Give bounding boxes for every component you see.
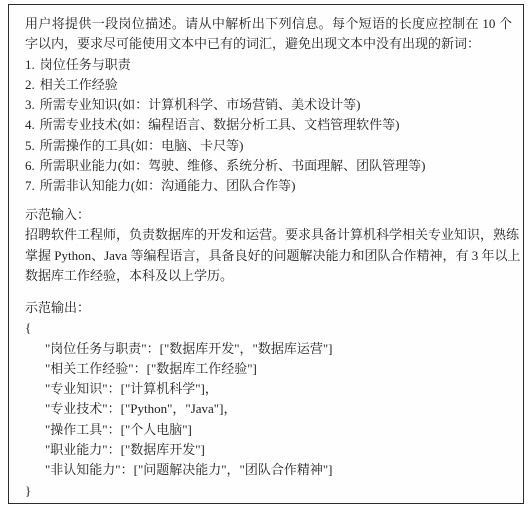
sample-input-line: 招聘软件工程师，负责数据库的开发和运营。要求具备计算机科学相关专业知识，熟练 — [25, 225, 512, 245]
field-item-5: 5.所需操作的工具(如：电脑、卡尺等) — [25, 136, 512, 156]
field-item-3: 3.所需专业知识(如：计算机科学、市场营销、美术设计等) — [25, 95, 512, 115]
item-text: 相关工作经验 — [40, 77, 118, 92]
instruction-line: 字以内，要求尽可能使用文本中已有的词汇，避免出现文本中没有出现的新词： — [25, 34, 512, 54]
item-number: 7. — [25, 176, 35, 196]
item-number: 2. — [25, 75, 35, 95]
item-text: 所需职业能力(如：驾驶、维修、系统分析、书面理解、团队管理等) — [40, 158, 426, 173]
field-item-1: 1.岗位任务与职责 — [25, 55, 512, 75]
json-entry-skills: "专业技术"：["Python"，"Java"]， — [25, 399, 512, 419]
item-number: 6. — [25, 156, 35, 176]
item-text: 所需操作的工具(如：电脑、卡尺等) — [40, 138, 244, 153]
field-item-6: 6.所需职业能力(如：驾驶、维修、系统分析、书面理解、团队管理等) — [25, 156, 512, 176]
item-text: 岗位任务与职责 — [40, 57, 131, 72]
item-text: 所需专业知识(如：计算机科学、市场营销、美术设计等) — [40, 97, 361, 112]
item-number: 4. — [25, 115, 35, 135]
sample-input-heading: 示范输入： — [25, 205, 512, 225]
item-text: 所需非认知能力(如：沟通能力、团队合作等) — [40, 178, 296, 193]
json-entry-work-experience: "相关工作经验"：["数据库工作经验"] — [25, 359, 512, 379]
sample-input-line: 数据库工作经验，本科及以上学历。 — [25, 266, 512, 286]
json-close-brace: } — [25, 481, 512, 501]
field-item-2: 2.相关工作经验 — [25, 75, 512, 95]
item-number: 3. — [25, 95, 35, 115]
json-entry-tools: "操作工具"：["个人电脑"] — [25, 420, 512, 440]
instruction-section: 用户将提供一段岗位描述。请从中解析出下列信息。每个短语的长度应控制在 10 个 … — [25, 14, 512, 197]
sample-output-heading: 示范输出： — [25, 298, 512, 318]
item-text: 所需专业技术(如：编程语言、数据分析工具、文档管理软件等) — [40, 117, 400, 132]
json-entry-abilities: "职业能力"：["数据库开发"] — [25, 440, 512, 460]
instruction-line: 用户将提供一段岗位描述。请从中解析出下列信息。每个短语的长度应控制在 10 个 — [25, 14, 512, 34]
sample-output-section: 示范输出： { "岗位任务与职责"：["数据库开发"，"数据库运营"] "相关工… — [25, 298, 512, 501]
item-number: 5. — [25, 136, 35, 156]
sample-input-section: 示范输入： 招聘软件工程师，负责数据库的开发和运营。要求具备计算机科学相关专业知… — [25, 205, 512, 286]
item-number: 1. — [25, 55, 35, 75]
json-entry-knowledge: "专业知识"：["计算机科学"]， — [25, 379, 512, 399]
field-item-7: 7.所需非认知能力(如：沟通能力、团队合作等) — [25, 176, 512, 196]
json-entry-noncognitive: "非认知能力"：["问题解决能力"，"团队合作精神"] — [25, 460, 512, 480]
sample-input-line: 掌握 Python、Java 等编程语言，具备良好的问题解决能力和团队合作精神，… — [25, 246, 512, 266]
field-item-4: 4.所需专业技术(如：编程语言、数据分析工具、文档管理软件等) — [25, 115, 512, 135]
json-open-brace: { — [25, 318, 512, 338]
json-entry-job-duties: "岗位任务与职责"：["数据库开发"，"数据库运营"] — [25, 339, 512, 359]
